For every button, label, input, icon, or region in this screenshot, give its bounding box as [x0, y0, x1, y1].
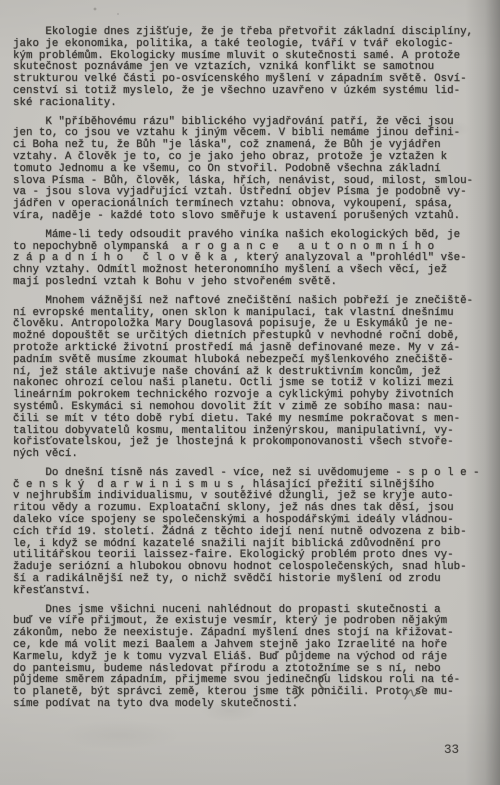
- typewritten-text: Ekologie dnes zjišťuje, že je třeba přet…: [13, 27, 490, 718]
- scan-smudge: [60, 720, 180, 750]
- scan-speck: [117, 13, 119, 15]
- paragraph-znecisteni-mentality: Mnohem vážnější než naftové znečištění n…: [13, 296, 490, 461]
- scanned-page: Ekologie dnes zjišťuje, že je třeba přet…: [0, 0, 500, 785]
- paragraph-pribehovy-raz: K "příběhovému rázu" biblického vyjadřov…: [13, 117, 490, 223]
- paragraph-arogance: Máme-li tedy odsoudit pravého viníka naš…: [13, 230, 490, 289]
- page-number: 33: [444, 743, 459, 757]
- paragraph-krizovatka: Dnes jsme všichni nuceni nahlédnout do p…: [13, 605, 490, 711]
- paragraph-ekologie: Ekologie dnes zjišťuje, že je třeba přet…: [13, 27, 490, 110]
- scan-speck: [94, 8, 97, 11]
- paragraph-darwinismus: Do dnešní tísně nás zavedl - více, než s…: [13, 468, 490, 598]
